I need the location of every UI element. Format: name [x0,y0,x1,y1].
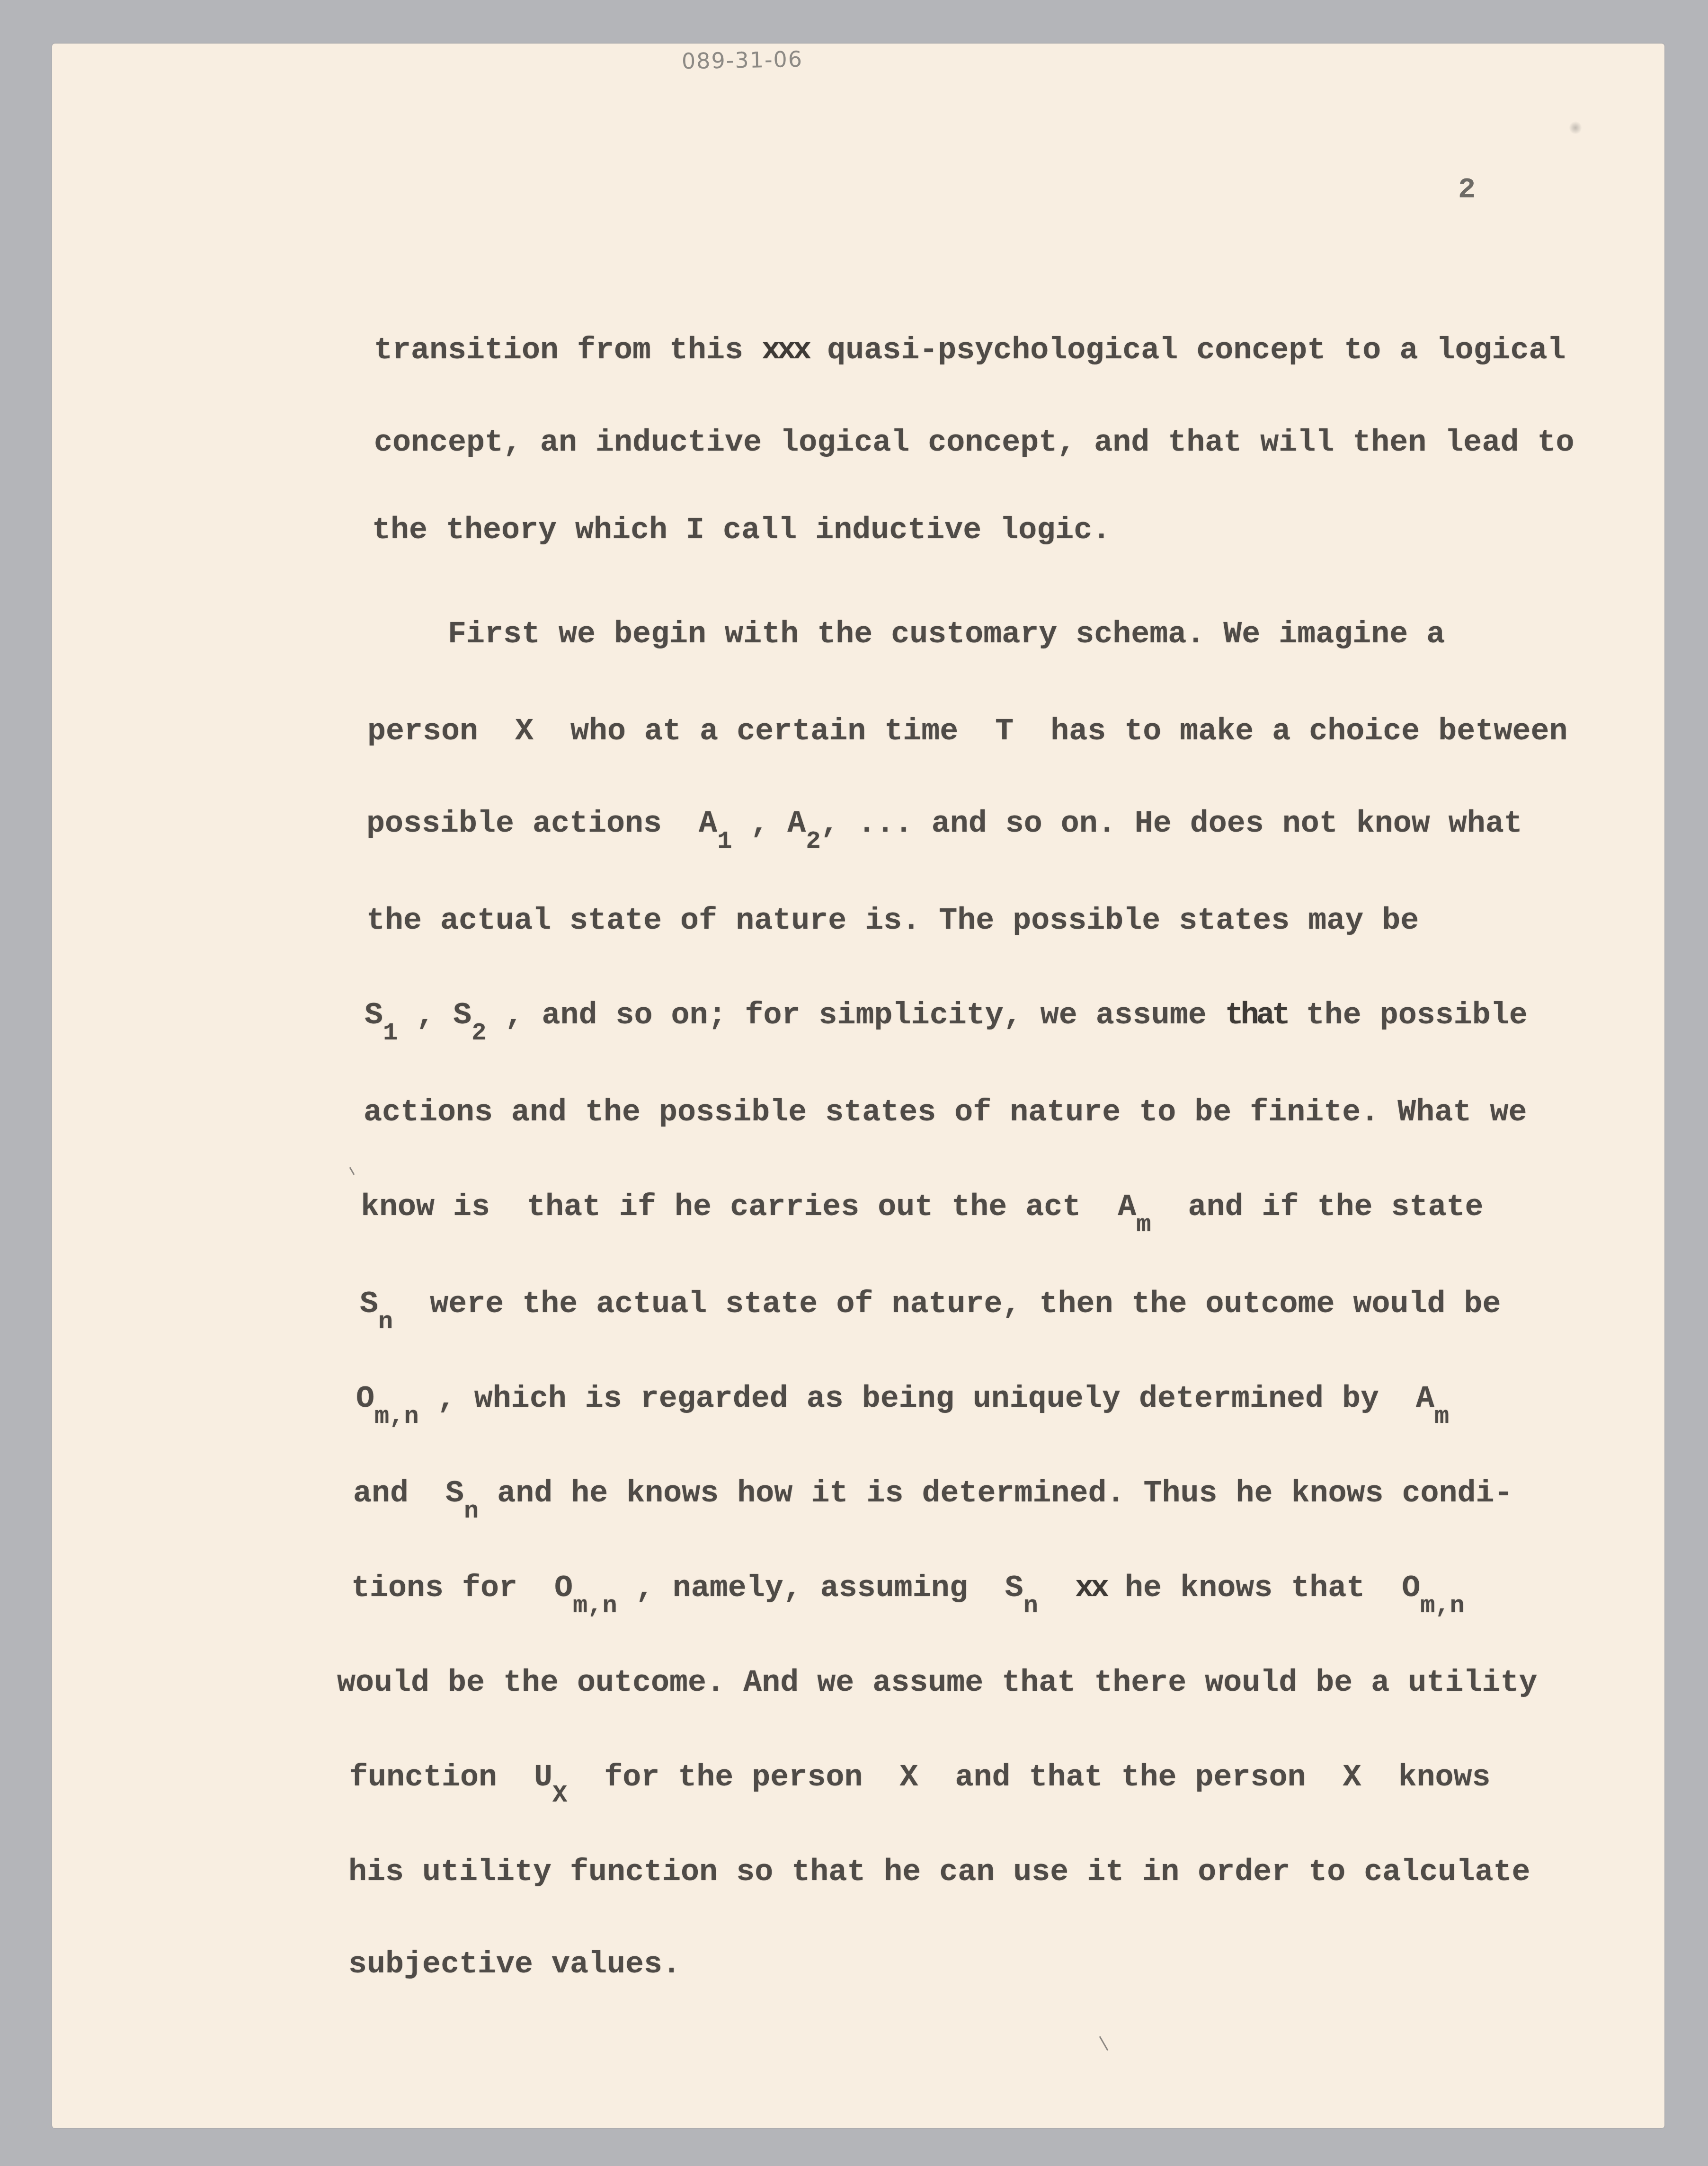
text-line: would be the outcome. And we assume that… [337,1664,1537,1702]
text-segment [1038,1571,1075,1606]
typed-over-strikeout: xxx [762,333,809,368]
text-segment: concept, an inductive logical concept, a… [374,425,1574,460]
text-line: transition from this xxx quasi-psycholog… [374,331,1566,369]
text-segment: and if the state [1151,1190,1484,1225]
text-segment: possible actions A [366,806,717,841]
text-segment: the theory which I call inductive logic. [372,513,1111,548]
subscript: m,n [573,1592,617,1620]
text-segment: and S [353,1476,464,1511]
text-segment: S [365,998,383,1033]
text-line: the actual state of nature is. The possi… [366,902,1419,940]
text-segment: actions and the possible states of natur… [364,1095,1527,1130]
text-segment: subjective values. [348,1947,681,1982]
text-line: First we begin with the customary schema… [374,615,1445,653]
text-segment: First we begin with the customary schema… [374,617,1445,652]
subscript: n [1023,1592,1038,1620]
subscript: X [552,1781,567,1809]
text-line: his utility function so that he can use … [348,1853,1530,1891]
text-line: possible actions A1 , A2, ... and so on.… [366,805,1522,844]
text-segment: know is that if he carries out the act A [361,1190,1136,1225]
text-line: the theory which I call inductive logic. [372,511,1111,549]
text-line: function UX for the person X and that th… [349,1758,1491,1798]
text-line: tions for Om,n , namely, assuming Sn xx … [351,1569,1465,1609]
text-segment: quasi-psychological concept to a logical [809,333,1566,368]
typed-over-strikeout: xx [1075,1571,1106,1606]
text-line: S1 , S2 , and so on; for simplicity, we … [365,996,1528,1036]
typed-over-strikeout: that [1225,998,1288,1033]
text-line: know is that if he carries out the act A… [361,1188,1484,1228]
text-segment: , which is regarded as being uniquely de… [419,1381,1434,1416]
text-segment: for the person X and that the person X k… [567,1760,1490,1795]
text-segment: would be the outcome. And we assume that… [337,1665,1537,1700]
text-line: Om,n , which is regarded as being unique… [356,1380,1449,1420]
text-segment: his utility function so that he can use … [348,1855,1530,1890]
text-segment: function U [349,1760,552,1795]
subscript: n [378,1308,393,1336]
text-segment: S [360,1287,378,1322]
text-segment: were the actual state of nature, then th… [393,1287,1501,1322]
subscript: 1 [383,1019,398,1047]
archive-id-pencil-note: 089-31-06 [682,46,803,74]
page-number: 2 [1458,173,1476,206]
text-segment: , ... and so on. He does not know what [821,806,1522,841]
text-line: subjective values. [348,1945,681,1983]
text-segment: , S [398,998,471,1033]
subscript: n [464,1497,479,1525]
subscript: m,n [1420,1592,1465,1620]
text-segment: and he knows how it is determined. Thus … [479,1476,1512,1511]
text-line: Sn were the actual state of nature, then… [360,1285,1501,1325]
subscript: 1 [717,827,732,855]
text-segment: the actual state of nature is. The possi… [366,903,1419,938]
text-segment: the possible [1288,998,1528,1033]
subscript: 2 [471,1019,486,1047]
subscript: m [1434,1403,1449,1430]
text-segment: , A [732,806,806,841]
text-segment: O [356,1381,374,1416]
text-segment: person X who at a certain time T has to … [367,714,1567,749]
ink-smudge-mark [1569,121,1582,135]
text-segment: , and so on; for simplicity, we assume [486,998,1225,1033]
subscript: m [1136,1211,1151,1239]
text-segment: he knows that O [1106,1571,1420,1606]
text-segment: , namely, assuming S [617,1571,1023,1606]
subscript: m,n [374,1403,419,1430]
text-segment: tions for O [351,1571,573,1606]
subscript: 2 [806,827,820,855]
text-segment: transition from this [374,333,762,368]
text-line: and Sn and he knows how it is determined… [353,1474,1513,1514]
text-line: person X who at a certain time T has to … [367,712,1567,750]
text-line: actions and the possible states of natur… [364,1093,1527,1131]
text-line: concept, an inductive logical concept, a… [374,424,1574,462]
